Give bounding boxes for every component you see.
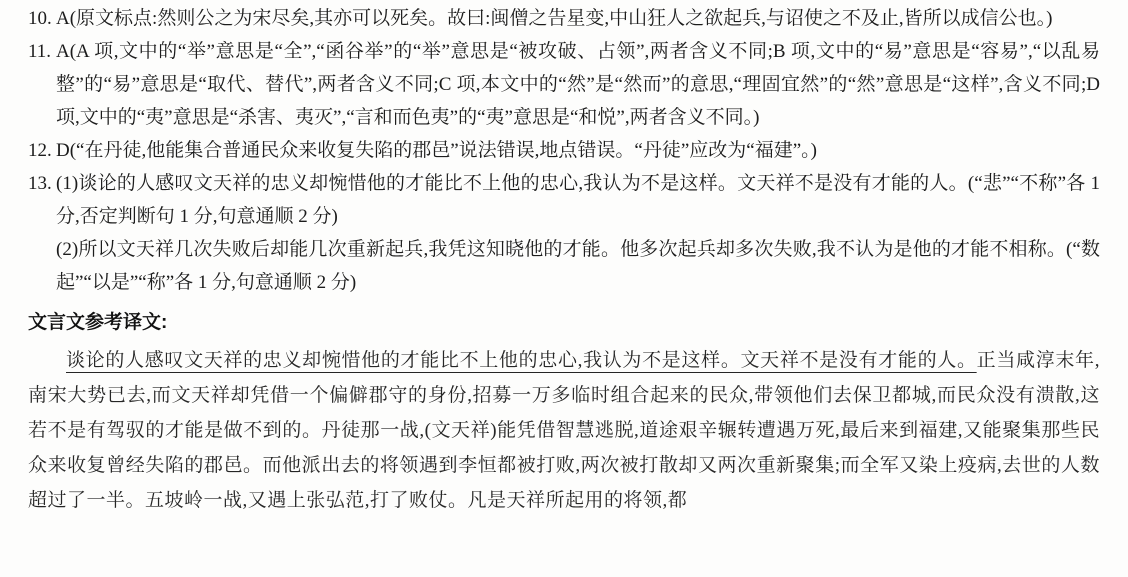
translation-underlined-sentence: 谈论的人感叹文天祥的忠义却惋惜他的才能比不上他的忠心,我认为不是这样。文天祥不是…: [66, 350, 977, 371]
item-number-12: 12.: [28, 134, 56, 167]
item-text-12: D(“在丹徒,他能集合普通民众来收复失陷的郡邑”说法错误,地点错误。“丹徒”应改…: [56, 134, 1100, 167]
item-number-10: 10.: [28, 2, 56, 35]
answer-item-10: 10. A(原文标点:然则公之为宋尽矣,其亦可以死矣。故曰:闽僧之告星变,中山狂…: [28, 2, 1100, 35]
item-text-11: A(A 项,文中的“举”意思是“全”,“函谷举”的“举”意思是“被攻破、占领”,…: [56, 35, 1100, 134]
answer-item-12: 12. D(“在丹徒,他能集合普通民众来收复失陷的郡邑”说法错误,地点错误。“丹…: [28, 134, 1100, 167]
item-13-part-2: (2)所以文天祥几次失败后却能几次重新起兵,我凭这知晓他的才能。他多次起兵却多次…: [56, 233, 1100, 299]
answer-item-13: 13. (1)谈论的人感叹文天祥的忠义却惋惜他的才能比不上他的忠心,我认为不是这…: [28, 167, 1100, 299]
translation-heading: 文言文参考译文:: [28, 307, 1100, 339]
item-13-part-1: (1)谈论的人感叹文天祥的忠义却惋惜他的才能比不上他的忠心,我认为不是这样。文天…: [56, 167, 1100, 233]
translation-paragraph: 谈论的人感叹文天祥的忠义却惋惜他的才能比不上他的忠心,我认为不是这样。文天祥不是…: [28, 343, 1100, 518]
item-text-10: A(原文标点:然则公之为宋尽矣,其亦可以死矣。故曰:闽僧之告星变,中山狂人之欲起…: [56, 2, 1100, 35]
translation-body-text: 正当咸淳末年,南宋大势已去,而文天祥却凭借一个偏僻郡守的身份,招募一万多临时组合…: [28, 350, 1100, 511]
document-page: 10. A(原文标点:然则公之为宋尽矣,其亦可以死矣。故曰:闽僧之告星变,中山狂…: [0, 0, 1128, 577]
item-number-13: 13.: [28, 167, 56, 200]
answer-item-11: 11. A(A 项,文中的“举”意思是“全”,“函谷举”的“举”意思是“被攻破、…: [28, 35, 1100, 134]
item-number-11: 11.: [28, 35, 56, 68]
